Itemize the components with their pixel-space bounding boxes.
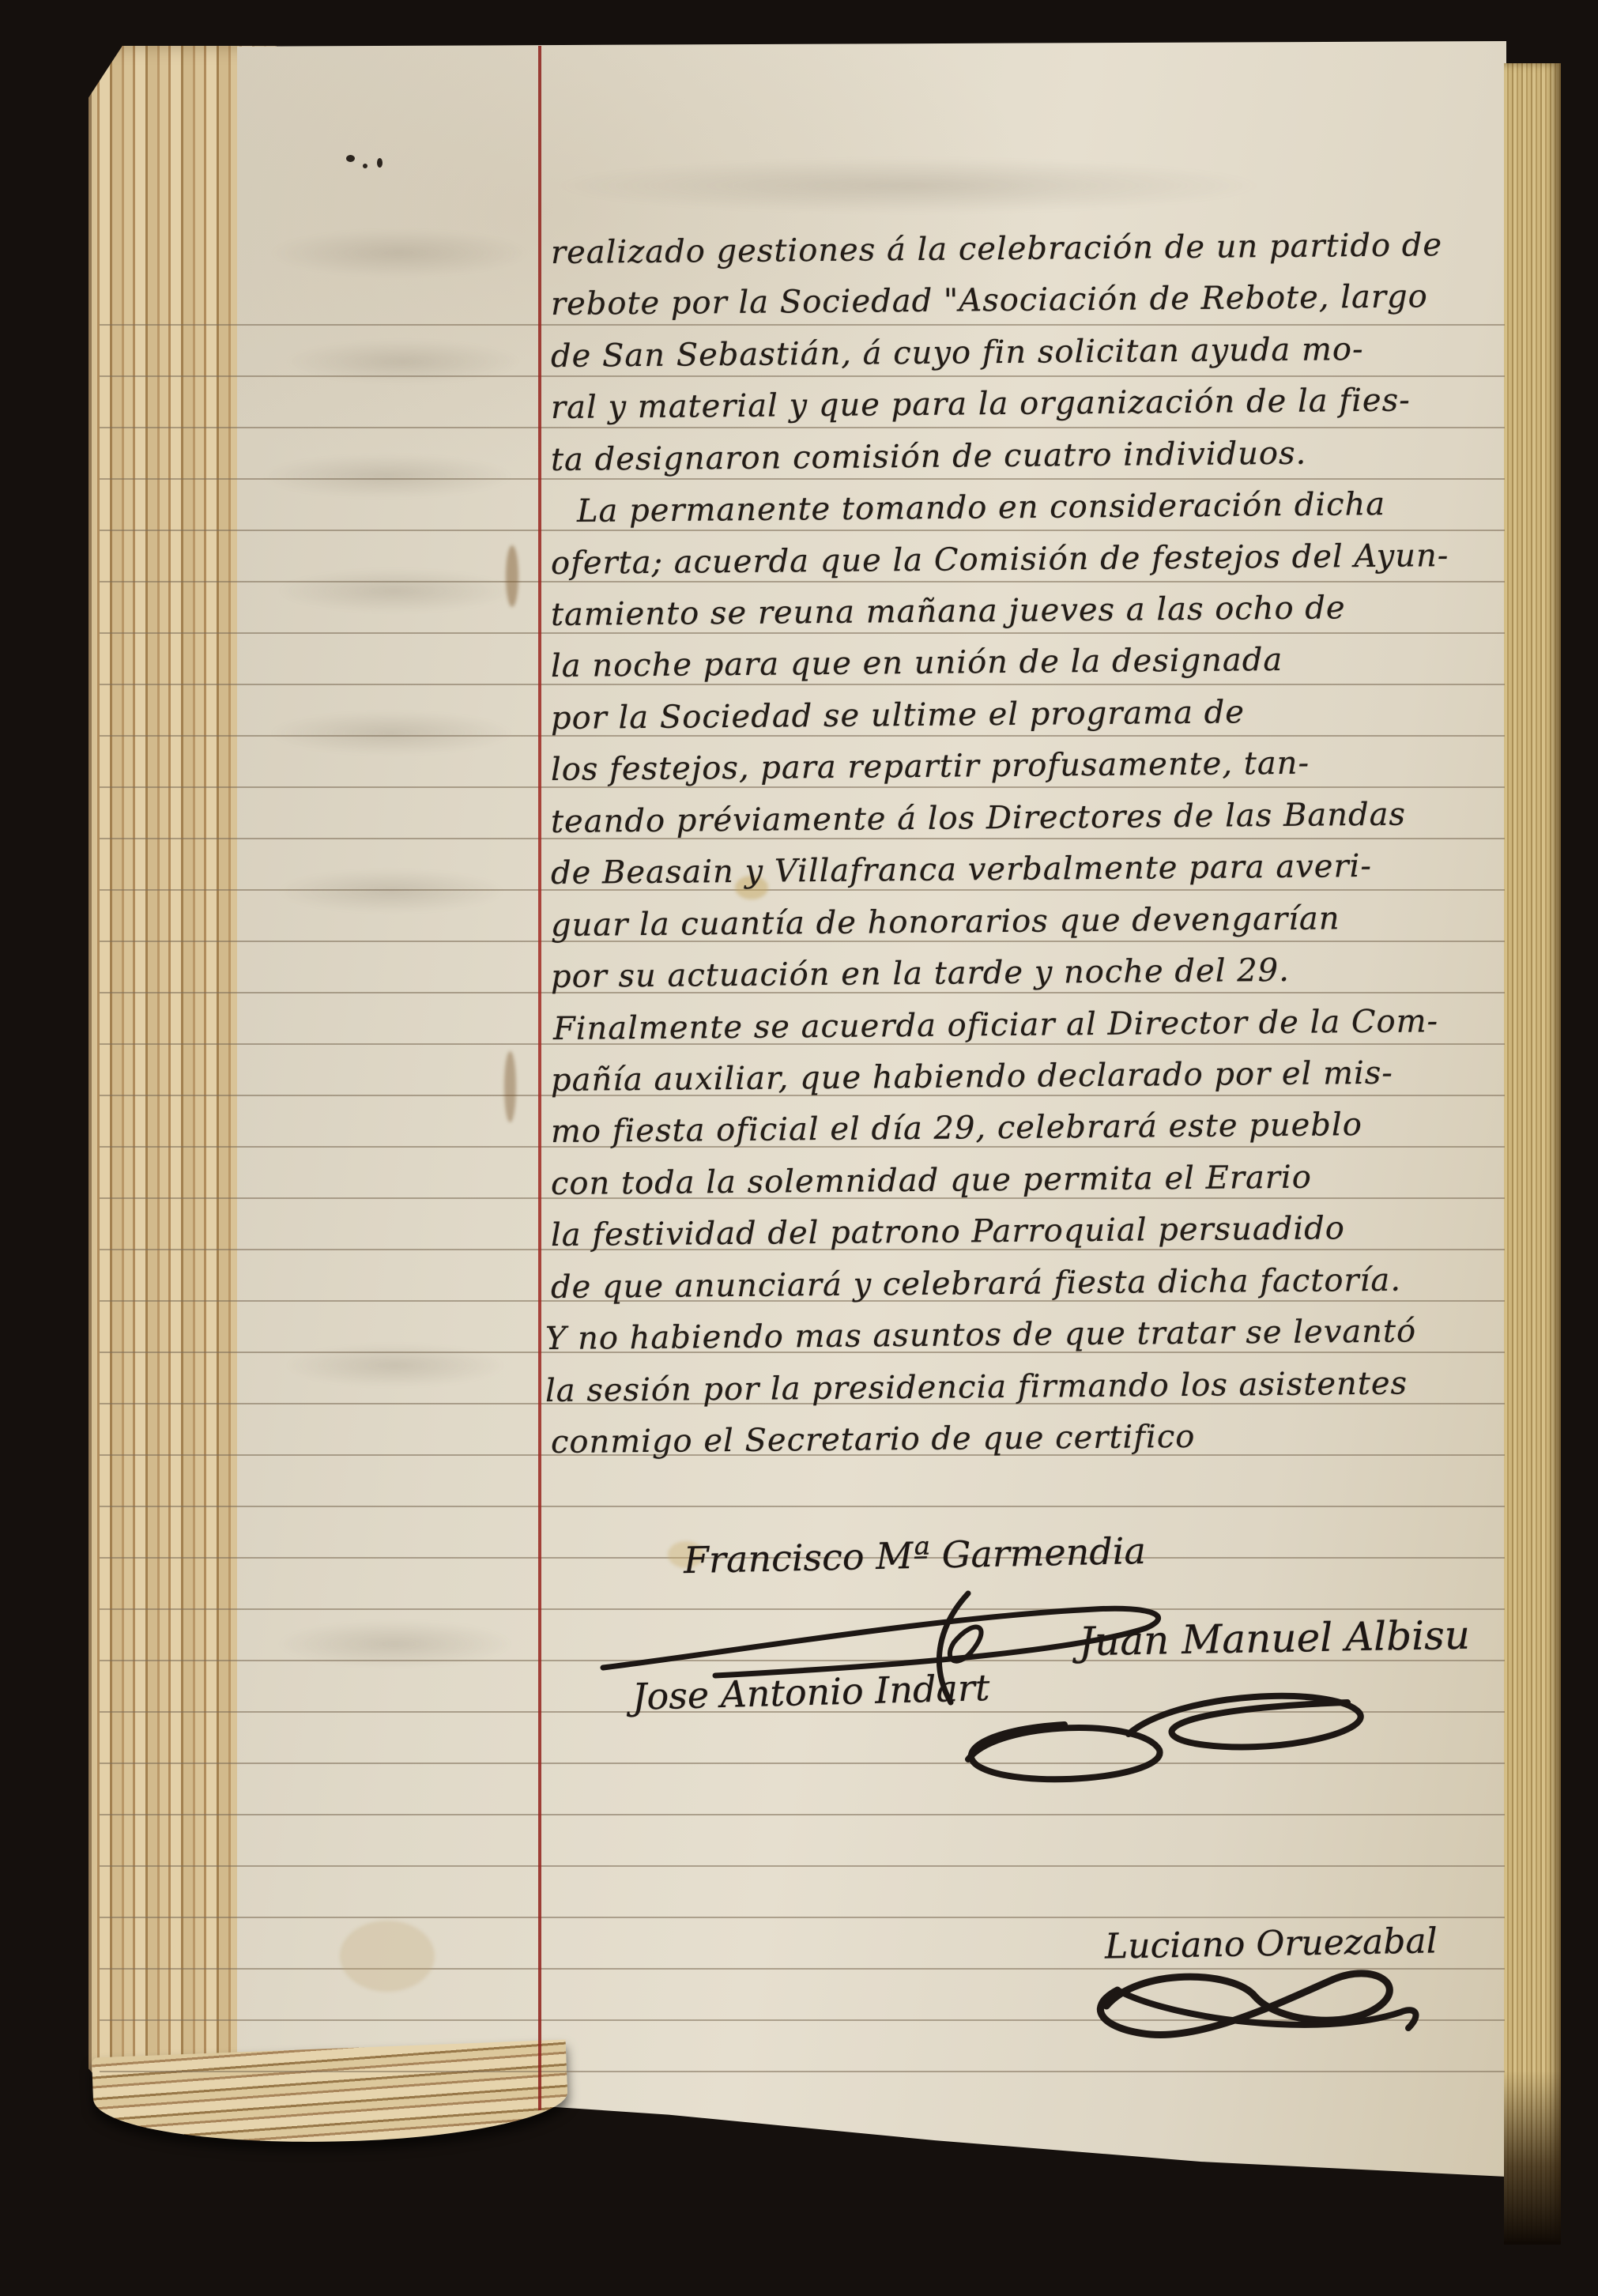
manuscript-line: de que anunciará y celebrará fiesta dich… <box>551 1263 1401 1305</box>
bleedthrough-smudge <box>277 869 506 913</box>
manuscript-line: Finalmente se acuerda oficiar al Directo… <box>553 1004 1438 1046</box>
signature-luciano: Luciano Oruezabal <box>1105 1924 1438 1964</box>
margin-stain <box>504 1051 516 1122</box>
manuscript-line: la noche para que en unión de la designa… <box>551 643 1283 684</box>
bleedthrough-smudge <box>261 454 514 498</box>
bleedthrough-smudge <box>553 158 1264 213</box>
manuscript-line: rebote por la Sociedad "Asociación de Re… <box>551 279 1428 322</box>
book-fore-edge <box>1504 63 1561 2241</box>
manuscript-line: de Beasain y Villafranca verbalmente par… <box>551 849 1372 891</box>
manuscript-line: con toda la solemnidad que permita el Er… <box>551 1160 1312 1201</box>
red-margin-line <box>538 46 541 2110</box>
ink-dot <box>377 158 383 168</box>
manuscript-line: Y no habiendo mas asuntos de que tratar … <box>545 1314 1416 1356</box>
manuscript-line: tamiento se reuna mañana jueves a las oc… <box>551 590 1346 632</box>
manuscript-line: la festividad del patrono Parroquial per… <box>551 1211 1345 1253</box>
manuscript-line: conmigo el Secretario de que certifico <box>551 1419 1196 1460</box>
ink-dot <box>346 155 355 162</box>
manuscript-line: teando préviamente á los Directores de l… <box>551 797 1406 839</box>
signature-albisu: Juan Manuel Albisu <box>1079 1615 1471 1662</box>
bleedthrough-smudge <box>277 1620 514 1668</box>
manuscript-line: por la Sociedad se ultime el programa de <box>551 695 1245 736</box>
signature-luciano-flourish <box>1083 1966 1430 2057</box>
manuscript-line: pañía auxiliar, que habiendo declarado p… <box>551 1056 1393 1098</box>
fore-edge-shadow <box>1504 2071 1561 2245</box>
stacked-page-edges-bottom <box>92 2040 569 2151</box>
manuscript-line: mo fiesta oficial el día 29, celebrará e… <box>551 1107 1362 1149</box>
bleedthrough-smudge <box>269 711 514 755</box>
bleedthrough-smudge <box>285 1344 506 1387</box>
ink-dot <box>363 164 367 168</box>
manuscript-line: La permanente tomando en consideración d… <box>577 487 1386 529</box>
signature-indart-flourish <box>952 1714 1182 1800</box>
margin-stain <box>506 545 518 607</box>
manuscript-line: guar la cuantía de honorarios que deveng… <box>551 901 1340 943</box>
manuscript-line: por su actuación en la tarde y noche del… <box>551 953 1290 994</box>
manuscript-line: oferta; acuerda que la Comisión de feste… <box>551 538 1449 581</box>
bleedthrough-smudge <box>269 229 530 277</box>
manuscript-line: ta designaron comisión de cuatro individ… <box>551 436 1307 477</box>
bleedthrough-smudge <box>285 340 522 383</box>
manuscript-line: de San Sebastián, á cuyo fin solicitan a… <box>551 332 1364 374</box>
manuscript-line: los festejos, para repartir profusamente… <box>551 746 1310 787</box>
paper-stain <box>340 1921 435 1992</box>
signature-garmendia: Francisco Mª Garmendia <box>684 1533 1147 1578</box>
manuscript-line: la sesión por la presidencia firmando lo… <box>545 1366 1408 1408</box>
signature-indart: Jose Antonio Indart <box>631 1669 989 1715</box>
manuscript-line: realizado gestiones á la celebración de … <box>551 228 1442 270</box>
manuscript-line: ral y material y que para la organizació… <box>551 383 1411 425</box>
bleedthrough-smudge <box>277 569 514 613</box>
